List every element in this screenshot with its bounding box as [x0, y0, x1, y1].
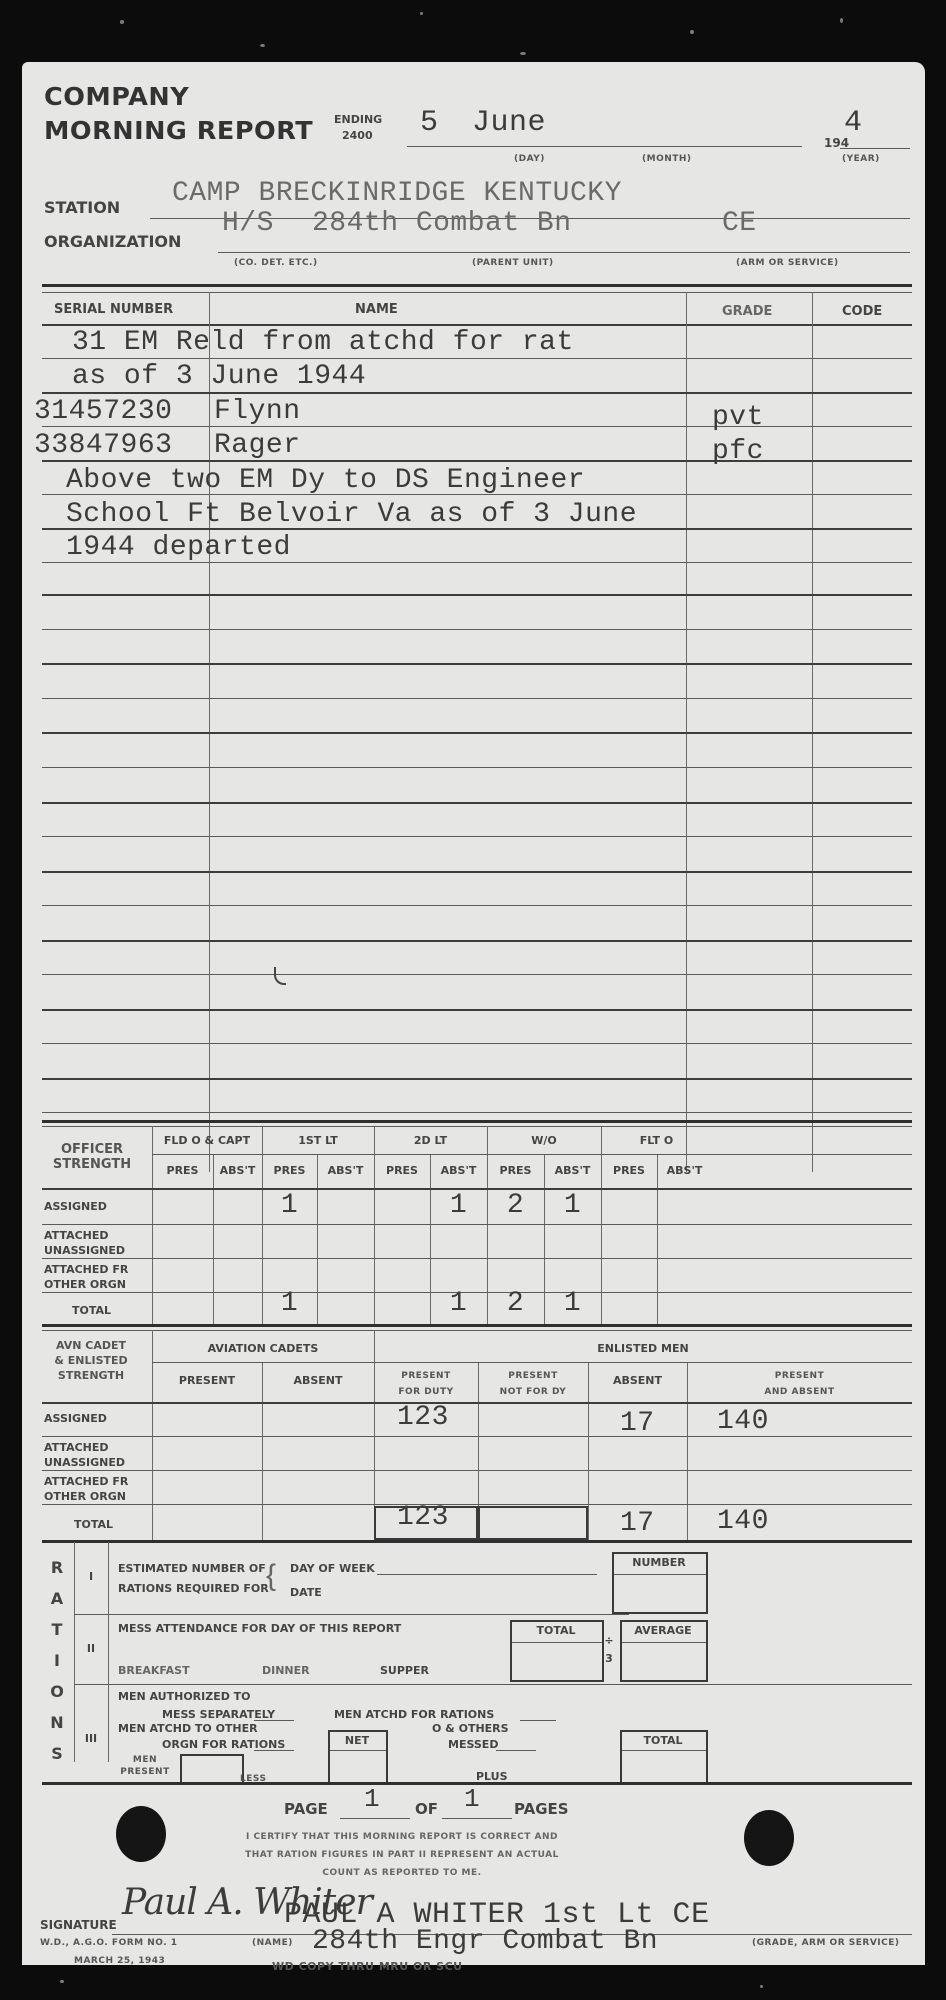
entry-remark: Above two EM Dy to DS Engineer — [66, 465, 585, 496]
rations-total-divider — [622, 1750, 706, 1751]
table-top-rule — [42, 284, 912, 287]
col-present-not-for-duty: PRESENT NOT FOR DY — [478, 1368, 588, 1400]
ending-time: 2400 — [342, 129, 373, 142]
officer-total-1stlt-pres: 1 — [262, 1288, 317, 1319]
row-line — [42, 594, 912, 596]
row-line — [42, 767, 912, 768]
row-line — [42, 1009, 912, 1011]
mess-total-divider — [512, 1642, 602, 1643]
film-speck — [60, 1980, 64, 1983]
entry-serial: 33847963 — [34, 430, 172, 461]
label-line: ATTACHED FR — [44, 1262, 128, 1277]
men-present-label: MEN PRESENT — [110, 1754, 180, 1778]
divide-by-value: 3 — [604, 1652, 614, 1665]
station-label: STATION — [44, 198, 120, 217]
sub-pres: PRES — [262, 1164, 317, 1177]
grade-caption: (GRADE, ARM OR SERVICE) — [752, 1938, 900, 1948]
men-atchd-for-rations-label: MEN ATCHD FOR RATIONS — [334, 1708, 494, 1721]
sub-abst: ABS'T — [213, 1164, 262, 1177]
page-label: PAGE — [284, 1800, 328, 1818]
label-line: PRESENT — [110, 1766, 180, 1778]
wd-copy-note: WD COPY THRU MRU OR SCU — [272, 1960, 463, 1973]
others-line2: MESSED — [448, 1738, 498, 1751]
film-speck — [840, 18, 843, 23]
row-line — [42, 1078, 912, 1080]
entry-grade: pvt — [712, 402, 764, 433]
caption-parent-unit: (PARENT UNIT) — [472, 258, 554, 268]
officer-assigned-wo-pres: 2 — [487, 1190, 544, 1221]
officer-row-assigned: ASSIGNED — [44, 1200, 107, 1213]
label-line: ATTACHED FR — [44, 1474, 128, 1489]
year-digit: 4 — [844, 106, 863, 140]
officer-title-1: OFFICER — [42, 1142, 142, 1157]
header-line: NOT FOR DY — [478, 1384, 588, 1400]
organization-parent-unit: 284th Combat Bn — [312, 208, 572, 239]
month-caption: (MONTH) — [642, 154, 692, 164]
group-enlisted-men: ENLISTED MEN — [374, 1342, 912, 1355]
organization-arm: CE — [722, 208, 757, 239]
row-line — [42, 1504, 912, 1505]
label-line: ATTACHED — [44, 1440, 125, 1455]
officer-total-2dlt-abst: 1 — [430, 1288, 487, 1319]
col-divider — [374, 1126, 375, 1324]
morning-report-form: COMPANY MORNING REPORT ENDING 2400 5 Jun… — [22, 62, 925, 1965]
report-month: June — [472, 106, 546, 140]
men-authorized-line1: MEN AUTHORIZED TO — [118, 1690, 251, 1703]
signature-label: SIGNATURE — [40, 1918, 117, 1932]
row-line — [42, 802, 912, 804]
mess-attendance-heading: MESS ATTENDANCE FOR DAY OF THIS REPORT — [118, 1622, 401, 1635]
col-divider — [588, 1362, 589, 1540]
header-line: PRESENT — [374, 1368, 478, 1384]
sub-pres: PRES — [152, 1164, 213, 1177]
row-line — [42, 905, 912, 906]
signer-unit: 284th Engr Combat Bn — [312, 1926, 658, 1957]
part-iii-numeral: III — [74, 1732, 108, 1745]
group-1st-lt: 1ST LT — [262, 1134, 374, 1147]
col-divider — [108, 1542, 109, 1762]
part-i-line1: ESTIMATED NUMBER OF — [118, 1562, 266, 1575]
row-line — [42, 1470, 912, 1471]
row-line — [42, 1258, 912, 1259]
pen-mark — [274, 967, 286, 985]
officer-assigned-wo-abst: 1 — [544, 1190, 601, 1221]
average-label: AVERAGE — [620, 1624, 706, 1637]
officer-row-attached-unassigned: ATTACHED UNASSIGNED — [44, 1228, 125, 1258]
officer-bottom-rule-2 — [42, 1330, 912, 1331]
page-number: 1 — [364, 1784, 380, 1814]
sub-pres: PRES — [601, 1164, 657, 1177]
station-value: CAMP BRECKINRIDGE KENTUCKY — [172, 178, 622, 209]
year-caption: (YEAR) — [842, 154, 880, 164]
film-speck — [260, 44, 265, 47]
form-date: MARCH 25, 1943 — [74, 1956, 165, 1966]
letter: O — [40, 1676, 74, 1707]
group-flt-o: FLT O — [601, 1134, 712, 1147]
col-cadet-absent: ABSENT — [262, 1374, 374, 1387]
assigned-present-and-absent: 140 — [717, 1406, 769, 1437]
header-divider — [42, 324, 912, 326]
cert-line: THAT RATION FIGURES IN PART II REPRESENT… — [242, 1846, 562, 1864]
net-divider — [330, 1750, 386, 1751]
officer-strength-title: OFFICER STRENGTH — [42, 1142, 142, 1172]
form-number: W.D., A.G.O. FORM NO. 1 — [40, 1938, 178, 1948]
letter: I — [40, 1645, 74, 1676]
officer-bottom-rule — [42, 1324, 912, 1327]
of-label: OF — [415, 1800, 438, 1818]
page-field — [340, 1818, 410, 1819]
total-pages: 1 — [464, 1784, 480, 1814]
form-title-line1: COMPANY — [44, 82, 189, 111]
col-divider — [262, 1362, 263, 1540]
certification-text: I CERTIFY THAT THIS MORNING REPORT IS CO… — [242, 1828, 562, 1882]
ending-label: ENDING — [334, 113, 382, 126]
letter: S — [40, 1738, 74, 1769]
row-line — [42, 426, 912, 427]
date-label: DATE — [290, 1586, 322, 1599]
enlisted-row-total: TOTAL — [74, 1518, 113, 1531]
enlisted-row-assigned: ASSIGNED — [44, 1412, 107, 1425]
part-i-line2: RATIONS REQUIRED FOR — [118, 1582, 269, 1595]
film-speck — [690, 30, 694, 34]
assigned-absent: 17 — [620, 1408, 655, 1439]
group-fld-o-capt: FLD O & CAPT — [152, 1134, 262, 1147]
row-line — [42, 392, 912, 394]
number-label: NUMBER — [612, 1556, 706, 1569]
net-label: NET — [328, 1734, 386, 1747]
breakfast-label: BREAKFAST — [118, 1664, 190, 1677]
part-i-numeral: I — [74, 1570, 108, 1583]
others-line1: O & OTHERS — [432, 1722, 509, 1735]
assigned-present-for-duty: 123 — [397, 1402, 449, 1433]
header-line: PRESENT — [687, 1368, 912, 1384]
label-line: OTHER ORGN — [44, 1277, 128, 1292]
total-present-and-absent: 140 — [717, 1506, 769, 1537]
entry-remark: 31 EM Reld from atchd for rat — [72, 327, 574, 358]
total-pages-field — [442, 1818, 512, 1819]
orgn-for-rations-field — [254, 1750, 294, 1751]
day-caption: (DAY) — [514, 154, 545, 164]
col-divider — [601, 1126, 602, 1324]
label-line: ATTACHED — [44, 1228, 125, 1243]
men-atchd-other-line1: MEN ATCHD TO OTHER — [118, 1722, 258, 1735]
row-line — [42, 663, 912, 665]
row-line — [42, 1112, 912, 1113]
group-divider — [152, 1154, 912, 1155]
officer-title-2: STRENGTH — [42, 1157, 142, 1172]
caption-arm-service: (ARM OR SERVICE) — [736, 258, 839, 268]
supper-label: SUPPER — [380, 1664, 429, 1677]
enlisted-bottom-rule — [42, 1540, 912, 1543]
film-speck — [420, 12, 423, 15]
enlisted-row-attached-unassigned: ATTACHED UNASSIGNED — [44, 1440, 125, 1470]
mess-separately-field — [254, 1720, 294, 1721]
sub-abst: ABS'T — [430, 1164, 487, 1177]
pages-label: PAGES — [514, 1800, 569, 1818]
officer-top-rule-2 — [42, 1126, 912, 1127]
row-line — [42, 358, 912, 359]
letter: R — [40, 1552, 74, 1583]
label-line: MEN — [110, 1754, 180, 1766]
officer-total-wo-pres: 2 — [487, 1288, 544, 1319]
name-caption: (NAME) — [252, 1938, 293, 1948]
rations-total-label: TOTAL — [620, 1734, 706, 1747]
header-line: AND ABSENT — [687, 1384, 912, 1400]
col-em-absent: ABSENT — [588, 1374, 687, 1387]
col-divider — [152, 1126, 153, 1324]
title-line: STRENGTH — [36, 1368, 146, 1383]
average-divider — [622, 1642, 706, 1643]
col-present-for-duty: PRESENT FOR DUTY — [374, 1368, 478, 1400]
officer-top-rule — [42, 1120, 912, 1123]
brace-icon: { — [266, 1560, 276, 1592]
row-line — [42, 1224, 912, 1225]
cert-line: I CERTIFY THAT THIS MORNING REPORT IS CO… — [242, 1828, 562, 1846]
row-line — [42, 629, 912, 630]
enlisted-header-rule — [42, 1402, 912, 1404]
row-line — [42, 460, 912, 462]
dinner-label: DINNER — [262, 1664, 310, 1677]
total-present-for-duty: 123 — [397, 1502, 449, 1533]
group-aviation-cadets: AVIATION CADETS — [152, 1342, 374, 1355]
rations-side-label: R A T I O N S — [40, 1552, 74, 1769]
organization-company: H/S — [222, 208, 274, 239]
letter: A — [40, 1583, 74, 1614]
atchd-for-rations-field — [520, 1720, 556, 1721]
col-divider — [317, 1154, 318, 1324]
header-serial-number: SERIAL NUMBER — [54, 302, 173, 317]
entry-serial: 31457230 — [34, 396, 172, 427]
entry-name: Rager — [214, 430, 301, 461]
officer-row-total: TOTAL — [72, 1304, 111, 1317]
film-speck — [760, 1985, 763, 1988]
letter: N — [40, 1707, 74, 1738]
others-messed-field — [496, 1750, 536, 1751]
punch-hole-left — [116, 1806, 166, 1862]
entry-remark: 1944 departed — [66, 532, 291, 563]
mess-total-label: TOTAL — [510, 1624, 602, 1637]
row-line — [42, 974, 912, 975]
label-line: UNASSIGNED — [44, 1455, 125, 1470]
officer-assigned-1stlt-pres: 1 — [262, 1190, 317, 1221]
date-underline — [407, 146, 802, 147]
letter: T — [40, 1614, 74, 1645]
cert-line: COUNT AS REPORTED TO ME. — [242, 1864, 562, 1882]
title-line: AVN CADET — [36, 1338, 146, 1353]
film-speck — [520, 52, 526, 55]
officer-row-attached-fr-other: ATTACHED FR OTHER ORGN — [44, 1262, 128, 1292]
header-name: NAME — [355, 302, 398, 317]
label-line: UNASSIGNED — [44, 1243, 125, 1258]
officer-total-wo-abst: 1 — [544, 1288, 601, 1319]
organization-label: ORGANIZATION — [44, 232, 181, 251]
col-cadet-present: PRESENT — [152, 1374, 262, 1387]
header-line: PRESENT — [478, 1368, 588, 1384]
form-title-line2: MORNING REPORT — [44, 116, 313, 145]
caption-company: (CO. DET. ETC.) — [234, 258, 318, 268]
sub-pres: PRES — [487, 1164, 544, 1177]
punch-hole-right — [744, 1810, 794, 1866]
film-speck — [120, 20, 124, 24]
year-underline — [840, 148, 910, 149]
row-line — [42, 836, 912, 837]
sub-abst: ABS'T — [317, 1164, 374, 1177]
group-divider — [152, 1362, 912, 1363]
row-line — [42, 871, 912, 873]
table-top-rule-2 — [42, 292, 912, 293]
sub-abst: ABS'T — [657, 1164, 712, 1177]
day-of-week-label: DAY OF WEEK — [290, 1562, 375, 1575]
total-present-not-for-duty-box — [478, 1506, 588, 1540]
day-of-week-field — [377, 1574, 597, 1575]
sub-abst: ABS'T — [544, 1164, 601, 1177]
row-line — [42, 1043, 912, 1044]
label-line: OTHER ORGN — [44, 1489, 128, 1504]
entry-remark: School Ft Belvoir Va as of 3 June — [66, 499, 637, 530]
header-grade: GRADE — [722, 304, 772, 319]
group-wo: W/O — [487, 1134, 601, 1147]
entry-grade: pfc — [712, 436, 764, 467]
men-present-box — [180, 1754, 244, 1784]
group-2d-lt: 2D LT — [374, 1134, 487, 1147]
enlisted-row-attached-fr-other: ATTACHED FR OTHER ORGN — [44, 1474, 128, 1504]
report-day: 5 — [420, 106, 439, 140]
row-line — [42, 1436, 912, 1437]
sub-pres: PRES — [374, 1164, 430, 1177]
row-line — [42, 732, 912, 734]
part-ii-numeral: II — [74, 1642, 108, 1655]
number-box-divider — [614, 1574, 706, 1575]
organization-underline — [218, 252, 910, 253]
part-divider — [74, 1614, 629, 1615]
officer-assigned-2dlt-abst: 1 — [430, 1190, 487, 1221]
row-line — [42, 940, 912, 942]
col-divider — [657, 1154, 658, 1324]
entry-remark: as of 3 June 1944 — [72, 361, 366, 392]
header-code: CODE — [842, 304, 882, 319]
header-line: FOR DUTY — [374, 1384, 478, 1400]
total-absent: 17 — [620, 1508, 655, 1539]
col-present-and-absent: PRESENT AND ABSENT — [687, 1368, 912, 1400]
title-line: & ENLISTED — [36, 1353, 146, 1368]
enlisted-strength-title: AVN CADET & ENLISTED STRENGTH — [36, 1338, 146, 1383]
entry-name: Flynn — [214, 396, 301, 427]
part-divider — [74, 1684, 912, 1685]
col-divider — [213, 1154, 214, 1324]
divide-icon: ÷ — [604, 1634, 614, 1647]
row-line — [42, 698, 912, 699]
